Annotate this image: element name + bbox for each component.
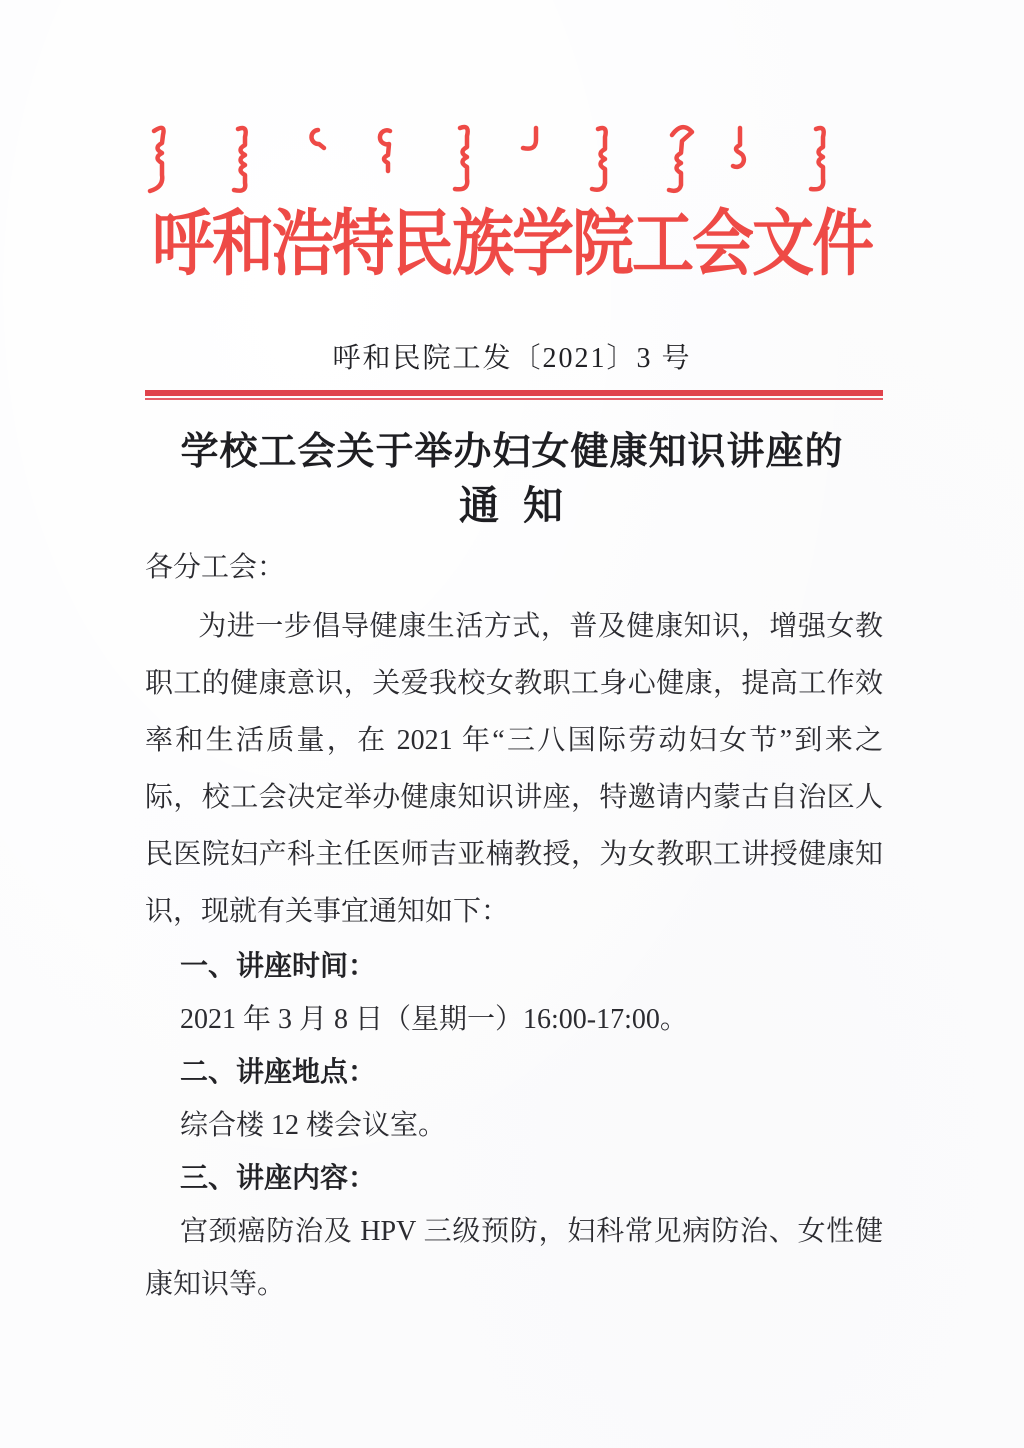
intro-line: 识，现就有关事宜通知如下： — [145, 883, 883, 940]
section-heading: 二、讲座地点： — [145, 1046, 883, 1099]
mongolian-word — [380, 130, 390, 171]
intro-line: 率和生活质量，在 2021 年“三八国际劳动妇女节”到来之 — [145, 712, 883, 769]
notice-body: 各分工会： 为进一步倡导健康生活方式，普及健康知识，增强女教职工的健康意识，关爱… — [145, 538, 883, 1311]
mongolian-script-decoration — [142, 122, 882, 198]
section-heading: 三、讲座内容： — [145, 1152, 883, 1205]
document-header-title: 呼和浩特民族学院工会文件 — [0, 206, 1024, 285]
scanned-document-page: 呼和浩特民族学院工会文件 呼和民院工发〔2021〕3 号 学校工会关于举办妇女健… — [0, 0, 1024, 1448]
notice-title-line2: 通 知 — [0, 474, 1024, 531]
mongolian-word — [669, 127, 692, 191]
intro-line: 为进一步倡导健康生活方式，普及健康知识，增强女教 — [145, 598, 883, 655]
intro-line: 际，校工会决定举办健康知识讲座，特邀请内蒙古自治区人 — [145, 769, 883, 826]
mongolian-word — [523, 128, 536, 149]
section-line: 2021 年 3 月 8 日（星期一）16:00-17:00。 — [145, 993, 883, 1046]
intro-line: 职工的健康意识，关爱我校女教职工身心健康，提高工作效 — [145, 655, 883, 712]
section-heading: 一、讲座时间： — [145, 940, 883, 993]
red-separator-thin-bar — [145, 398, 883, 400]
document-number: 呼和民院工发〔2021〕3 号 — [0, 336, 1024, 376]
notice-title-line1: 学校工会关于举办妇女健康知识讲座的 — [0, 420, 1024, 475]
section-line: 综合楼 12 楼会议室。 — [145, 1099, 883, 1152]
mongolian-word — [592, 128, 606, 190]
section-line: 宫颈癌防治及 HPV 三级预防，妇科常见病防治、女性健 — [145, 1205, 883, 1258]
sections: 一、讲座时间：2021 年 3 月 8 日（星期一）16:00-17:00。二、… — [145, 940, 883, 1311]
salutation: 各分工会： — [145, 538, 883, 598]
intro-line: 民医院妇产科主任医师吉亚楠教授，为女教职工讲授健康知 — [145, 826, 883, 883]
mongolian-word — [733, 128, 744, 167]
mongolian-word — [234, 128, 246, 191]
section-line: 康知识等。 — [145, 1258, 883, 1311]
intro-paragraph: 为进一步倡导健康生活方式，普及健康知识，增强女教职工的健康意识，关爱我校女教职工… — [145, 598, 883, 940]
mongolian-word — [811, 128, 824, 189]
red-separator-line — [145, 390, 883, 400]
mongolian-word — [311, 130, 324, 148]
mongolian-word — [150, 128, 164, 191]
mongolian-word — [455, 127, 468, 189]
